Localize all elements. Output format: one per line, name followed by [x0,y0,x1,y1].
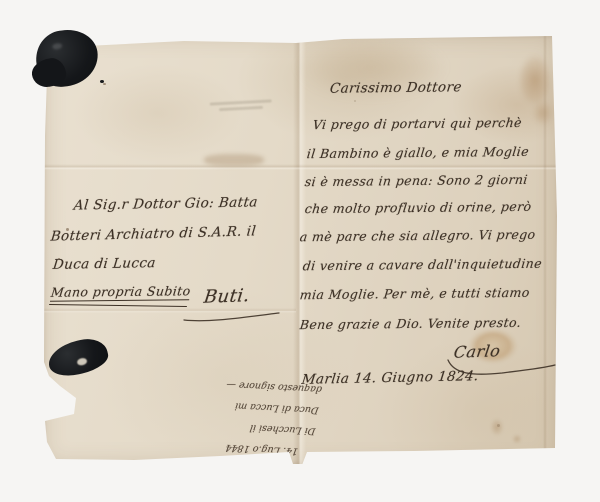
letter-body-line: mia Moglie. Per mè, e tutti stiamo [299,285,531,302]
letter-body-line: il Bambino è giallo, e mia Moglie [306,144,530,161]
dateline: Marlia 14. Giugno 1824. [301,368,480,388]
destination-flourish [182,308,282,324]
letter-photograph: Al Sig.r Dottor Gio: Batta Botteri Archi… [0,0,600,502]
wax-seal-gap [76,357,87,366]
foxing-spot-1 [490,418,504,436]
delivery-instruction: Mano propria Subito [50,283,192,301]
letter-body-line: Vi prego di portarvi quì perchè [312,115,523,132]
embossed-stamp [210,96,273,119]
letter-body-line: Bene grazie a Dio. Venite presto. [299,315,522,332]
letter-body-line: che molto profluvio di orine, però [304,199,532,216]
foxing-spot-2 [512,434,522,444]
embossed-stamp-line [210,99,272,105]
embossed-stamp-line [219,106,262,111]
address-line-2: Botteri Archiatro di S.A.R. il [50,223,257,244]
wax-speck [100,80,104,83]
instruction-underline [49,304,187,307]
destination-town: Buti. [203,285,251,308]
foxing-spot-3 [556,292,572,314]
right-edge-crease [543,36,547,464]
letter-sheet: Al Sig.r Dottor Gio: Batta Botteri Archi… [44,36,558,464]
ink-speck [354,100,356,102]
letter-salutation: Carissimo Dottore [329,79,463,96]
wax-seal-blob [30,56,68,88]
ink-speck [103,83,106,85]
archival-docket-note: 14. Lug.o 1844 Di Lucchesi il Duca di Lu… [173,361,326,462]
letter-body-line: si è messa in pena: Sono 2 giorni [304,172,529,189]
horizontal-fold-crease [44,164,558,170]
letter-body-line: a mè pare che sia allegro. Vi prego [299,227,536,244]
address-line-1: Al Sig.r Dottor Gio: Batta [73,194,259,213]
letter-body-line: di venire a cavare dall'inquietudine [302,256,543,274]
address-line-3: Duca di Lucca [52,255,157,273]
ink-speck [497,424,500,427]
wax-seal-glint [52,43,63,50]
